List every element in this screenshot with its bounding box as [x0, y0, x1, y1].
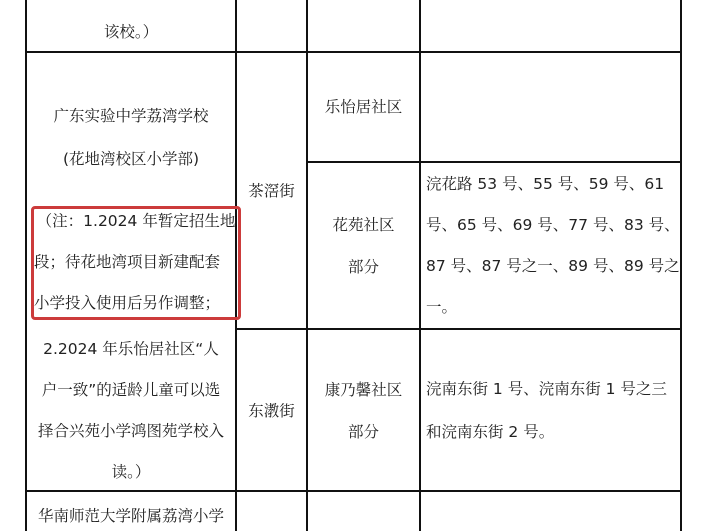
address-line: 87 号、87 号之一、89 号、89 号之 — [426, 246, 680, 287]
highlight-box — [31, 206, 241, 320]
street-cell-dongjiao: 东漖街 — [237, 330, 306, 491]
street-cell-chajiao: 茶滘街 — [237, 52, 306, 329]
community-name: 乐怡居社区 — [325, 89, 403, 125]
address-cell-kangnaixin: 浣南东街 1 号、浣南东街 1 号之三 和浣南东街 2 号。 — [426, 330, 680, 491]
address-line: 一。 — [426, 287, 457, 328]
next-school-text: 华南师范大学附属荔湾小学 — [38, 498, 224, 531]
table-border-left — [25, 0, 27, 531]
community-part: 部分 — [348, 249, 379, 285]
column-divider-3 — [419, 0, 421, 531]
school-name-line-1: 广东实验中学荔湾学校 — [27, 98, 235, 134]
note2-line-3: 择合兴苑小学鸿图苑学校入 — [27, 413, 235, 449]
street-name: 东漖街 — [248, 393, 295, 429]
school-note-tail-text: 该校。） — [104, 14, 158, 50]
address-line: 浣花路 53 号、55 号、59 号、61 — [426, 164, 664, 205]
address-line: 和浣南东街 2 号。 — [426, 411, 554, 454]
note2-line-4: 读。） — [27, 454, 235, 490]
school-campus-text: (花地湾校区小学部) — [63, 141, 199, 177]
address-line: 号、65 号、69 号、77 号、83 号、 — [426, 205, 680, 246]
note2-text-1: 2.2024 年乐怡居社区“人 — [43, 331, 219, 367]
note2-text-2: 户一致”的适龄儿童可以选 — [42, 372, 221, 408]
school-note-tail: 该校。） — [27, 14, 235, 50]
next-school-name: 华南师范大学附属荔湾小学 — [27, 498, 235, 531]
community-part: 部分 — [348, 414, 379, 450]
community-cell-huayuan: 花苑社区 部分 — [308, 163, 419, 329]
note2-line-2: 户一致”的适龄儿童可以选 — [27, 372, 235, 408]
street-name: 茶滘街 — [248, 173, 295, 209]
community-cell-kangnaixin: 康乃馨社区 部分 — [308, 330, 419, 491]
community-name: 花苑社区 — [332, 207, 394, 243]
school-name-text: 广东实验中学荔湾学校 — [53, 98, 208, 134]
community-name: 康乃馨社区 — [325, 372, 403, 408]
table-border-right — [680, 0, 682, 531]
note2-text-4: 读。） — [112, 454, 151, 490]
school-name-line-2: (花地湾校区小学部) — [27, 141, 235, 177]
community-cell-leyiju: 乐怡居社区 — [308, 52, 419, 162]
address-cell-huayuan: 浣花路 53 号、55 号、59 号、61 号、65 号、69 号、77 号、8… — [426, 163, 680, 329]
note2-text-3: 择合兴苑小学鸿图苑学校入 — [38, 413, 224, 449]
address-line: 浣南东街 1 号、浣南东街 1 号之三 — [426, 368, 667, 411]
note2-line-1: 2.2024 年乐怡居社区“人 — [27, 331, 235, 367]
